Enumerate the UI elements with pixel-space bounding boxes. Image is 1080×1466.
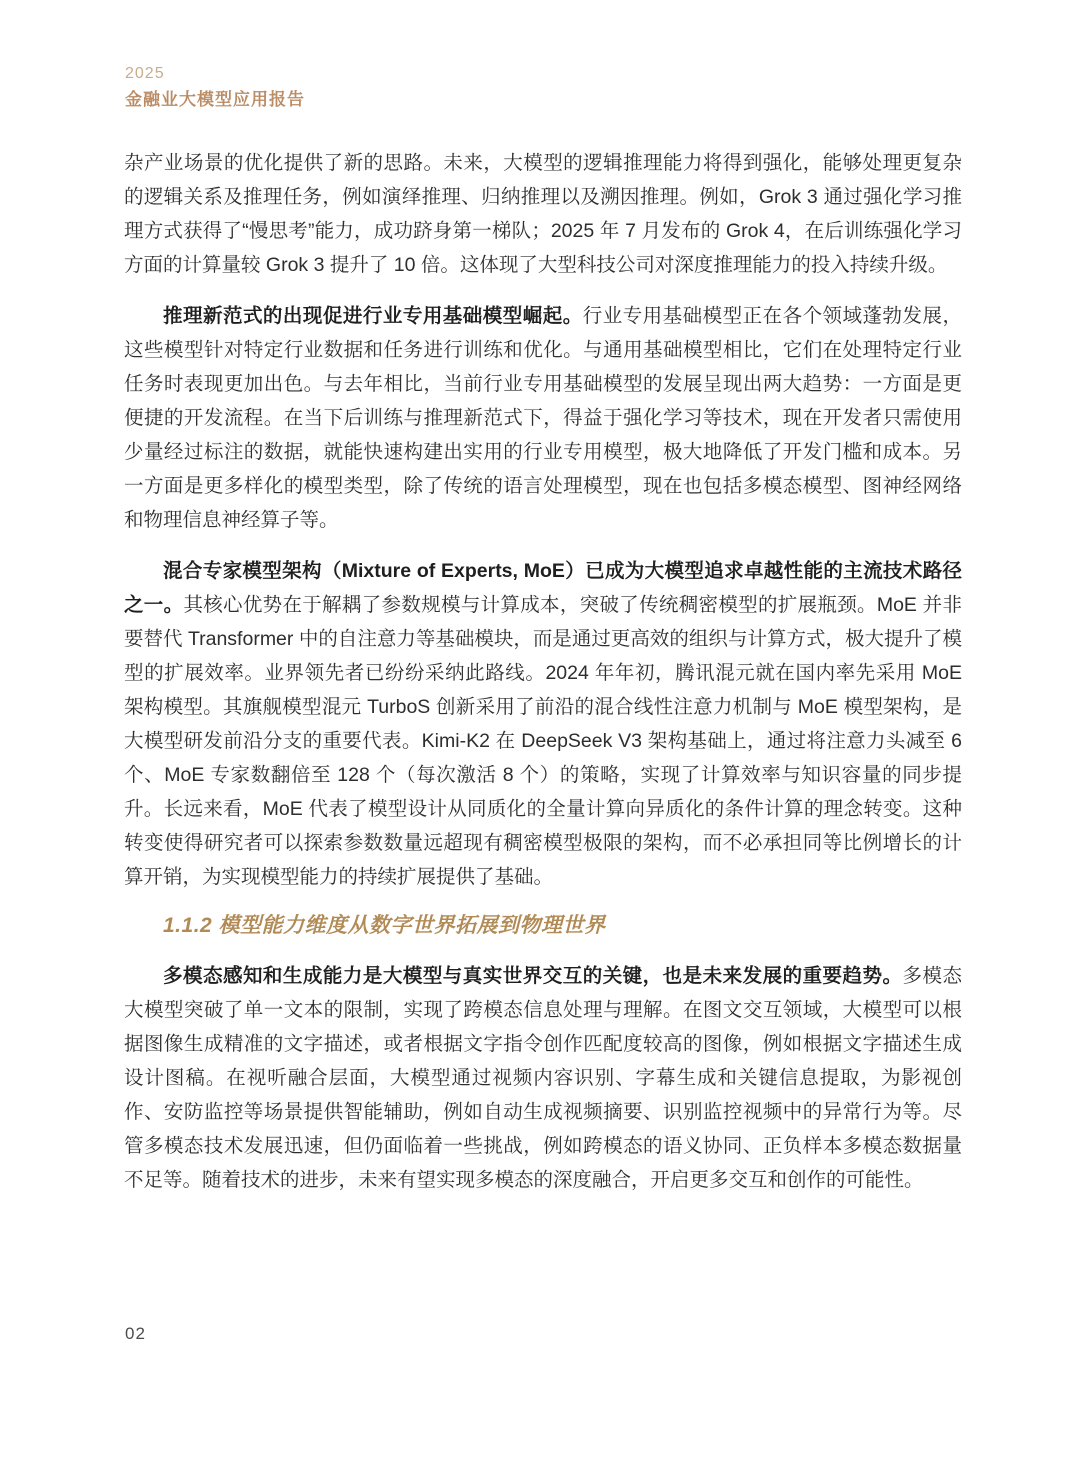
body-content: 杂产业场景的优化提供了新的思路。未来，大模型的逻辑推理能力将得到强化，能够处理更… — [124, 146, 962, 1214]
document-page: 2025 金融业大模型应用报告 杂产业场景的优化提供了新的思路。未来，大模型的逻… — [0, 0, 1080, 1466]
report-header: 2025 金融业大模型应用报告 — [125, 64, 305, 112]
report-year: 2025 — [125, 64, 305, 84]
body-paragraph: 推理新范式的出现促进行业专用基础模型崛起。行业专用基础模型正在各个领域蓬勃发展，… — [124, 299, 962, 537]
body-paragraph: 多模态感知和生成能力是大模型与真实世界交互的关键，也是未来发展的重要趋势。多模态… — [124, 959, 962, 1197]
body-paragraph: 混合专家模型架构（Mixture of Experts, MoE）已成为大模型追… — [124, 554, 962, 894]
section-heading: 1.1.2 模型能力维度从数字世界拓展到物理世界 — [163, 911, 962, 941]
body-paragraph: 杂产业场景的优化提供了新的思路。未来，大模型的逻辑推理能力将得到强化，能够处理更… — [124, 146, 962, 282]
report-title: 金融业大模型应用报告 — [125, 88, 305, 112]
page-number: 02 — [125, 1324, 146, 1344]
